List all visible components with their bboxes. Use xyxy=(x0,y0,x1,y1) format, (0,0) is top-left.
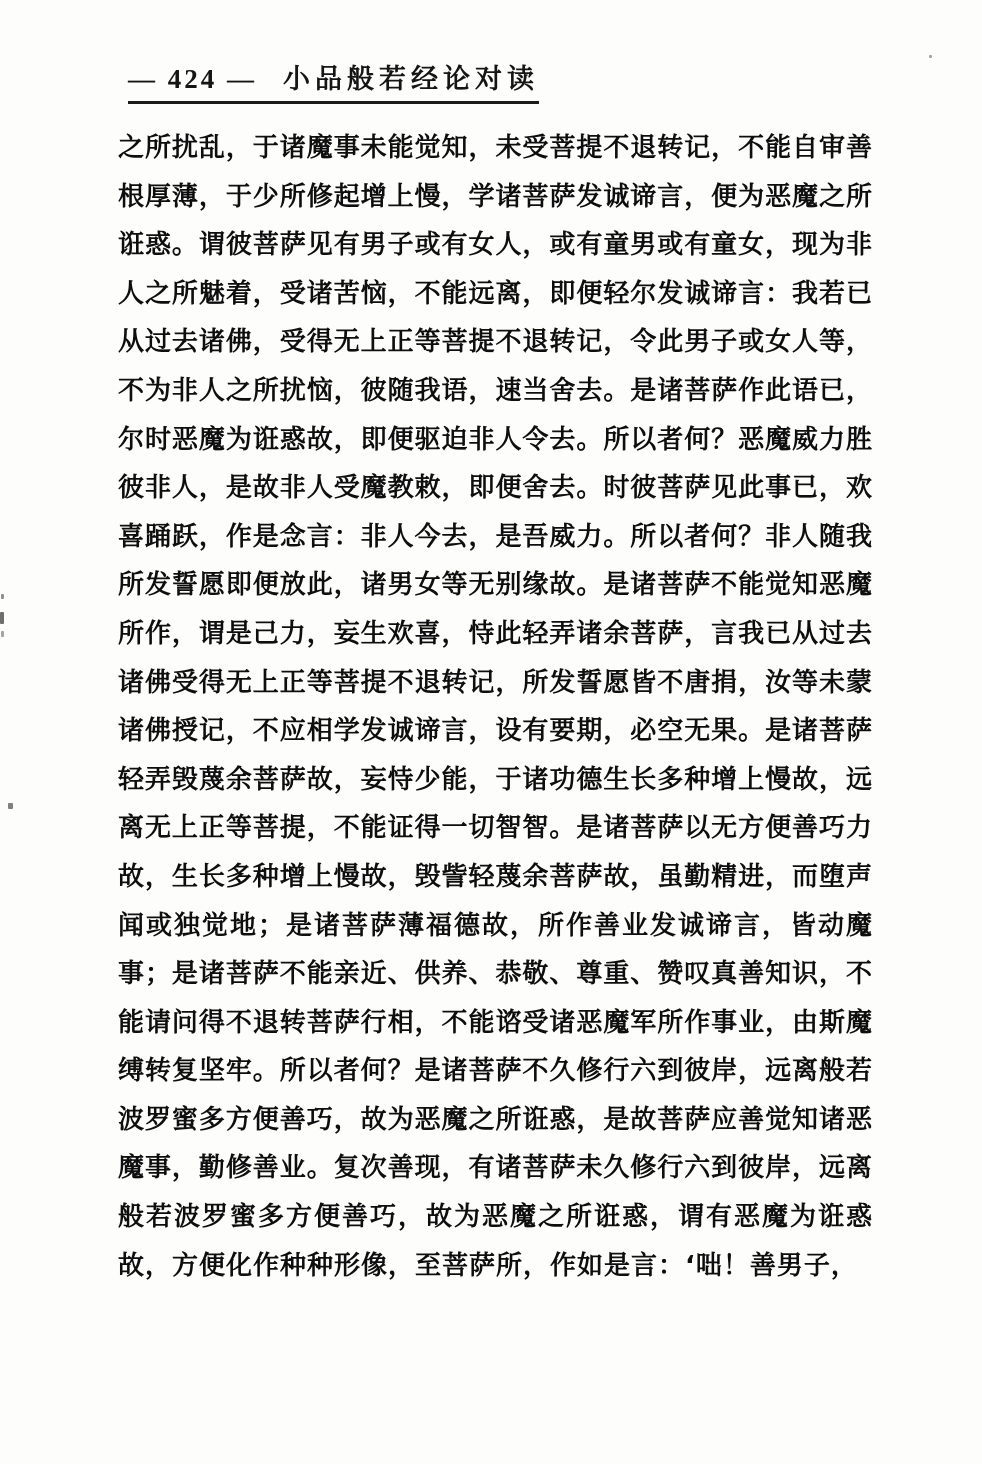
text-line: 能请问得不退转菩萨行相，不能谘受诸恶魔军所作事业，由斯魔 xyxy=(118,999,872,1048)
text-line: 般若波罗蜜多方便善巧，故为恶魔之所诳惑，谓有恶魔为诳惑 xyxy=(118,1193,872,1242)
text-line: 根厚薄，于少所修起增上慢，学诸菩萨发诚谛言，便为恶魔之所 xyxy=(118,173,872,222)
text-line: 故，生长多种增上慢故，毁訾轻蔑余菩萨故，虽勤精进，而堕声 xyxy=(118,853,872,902)
text-line: 轻弄毁蔑余菩萨故，妄恃少能，于诸功德生长多种增上慢故，远 xyxy=(118,756,872,805)
text-line: 尔时恶魔为诳惑故，即便驱迫非人令去。所以者何？恶魔威力胜 xyxy=(118,416,872,465)
scan-speck xyxy=(1,594,4,599)
text-line: 从过去诸佛，受得无上正等菩提不退转记，令此男子或女人等， xyxy=(118,318,872,367)
book-title: 小品般若经论对读 xyxy=(283,64,539,94)
text-line: 诸佛受得无上正等菩提不退转记，所发誓愿皆不唐捐，汝等未蒙 xyxy=(118,659,872,708)
text-line: 诸佛授记，不应相学发诚谛言，设有要期，必空无果。是诸菩萨 xyxy=(118,707,872,756)
text-line: 波罗蜜多方便善巧，故为恶魔之所诳惑，是故菩萨应善觉知诸恶 xyxy=(118,1096,872,1145)
text-line: 不为非人之所扰恼，彼随我语，速当舍去。是诸菩萨作此语已， xyxy=(118,367,872,416)
text-line: 人之所魅着，受诸苦恼，不能远离，即便轻尔发诚谛言：我若已 xyxy=(118,270,872,319)
text-line: 魔事，勤修善业。复次善现，有诸菩萨未久修行六到彼岸，远离 xyxy=(118,1144,872,1193)
book-page: — 424 —小品般若经论对读 之所扰乱，于诸魔事未能觉知，未受菩提不退转记，不… xyxy=(0,0,982,1464)
text-line: 所发誓愿即便放此，诸男女等无别缘故。是诸菩萨不能觉知恶魔 xyxy=(118,561,872,610)
text-line: 诳惑。谓彼菩萨见有男子或有女人，或有童男或有童女，现为非 xyxy=(118,221,872,270)
scan-speck xyxy=(8,803,13,809)
body-text-block: 之所扰乱，于诸魔事未能觉知，未受菩提不退转记，不能自审善 根厚薄，于少所修起增上… xyxy=(118,124,872,1290)
scan-speck xyxy=(929,55,932,58)
text-line: 喜踊跃，作是念言：非人今去，是吾威力。所以者何？非人随我 xyxy=(118,513,872,562)
page-number: — 424 — xyxy=(128,64,257,94)
text-line: 故，方便化作种种形像，至菩萨所，作如是言：‘咄！善男子， xyxy=(118,1242,872,1291)
scan-speck xyxy=(0,612,4,624)
text-line: 事；是诸菩萨不能亲近、供养、恭敬、尊重、赞叹真善知识，不 xyxy=(118,950,872,999)
text-line: 之所扰乱，于诸魔事未能觉知，未受菩提不退转记，不能自审善 xyxy=(118,124,872,173)
page-header: — 424 —小品般若经论对读 xyxy=(128,64,539,104)
text-line: 离无上正等菩提，不能证得一切智智。是诸菩萨以无方便善巧力 xyxy=(118,804,872,853)
text-line: 缚转复坚牢。所以者何？是诸菩萨不久修行六到彼岸，远离般若 xyxy=(118,1047,872,1096)
text-line: 闻或独觉地；是诸菩萨薄福德故，所作善业发诚谛言，皆动魔 xyxy=(118,902,872,951)
scan-speck xyxy=(1,631,4,637)
text-line: 所作，谓是己力，妄生欢喜，恃此轻弄诸余菩萨，言我已从过去 xyxy=(118,610,872,659)
text-line: 彼非人，是故非人受魔教敕，即便舍去。时彼菩萨见此事已，欢 xyxy=(118,464,872,513)
